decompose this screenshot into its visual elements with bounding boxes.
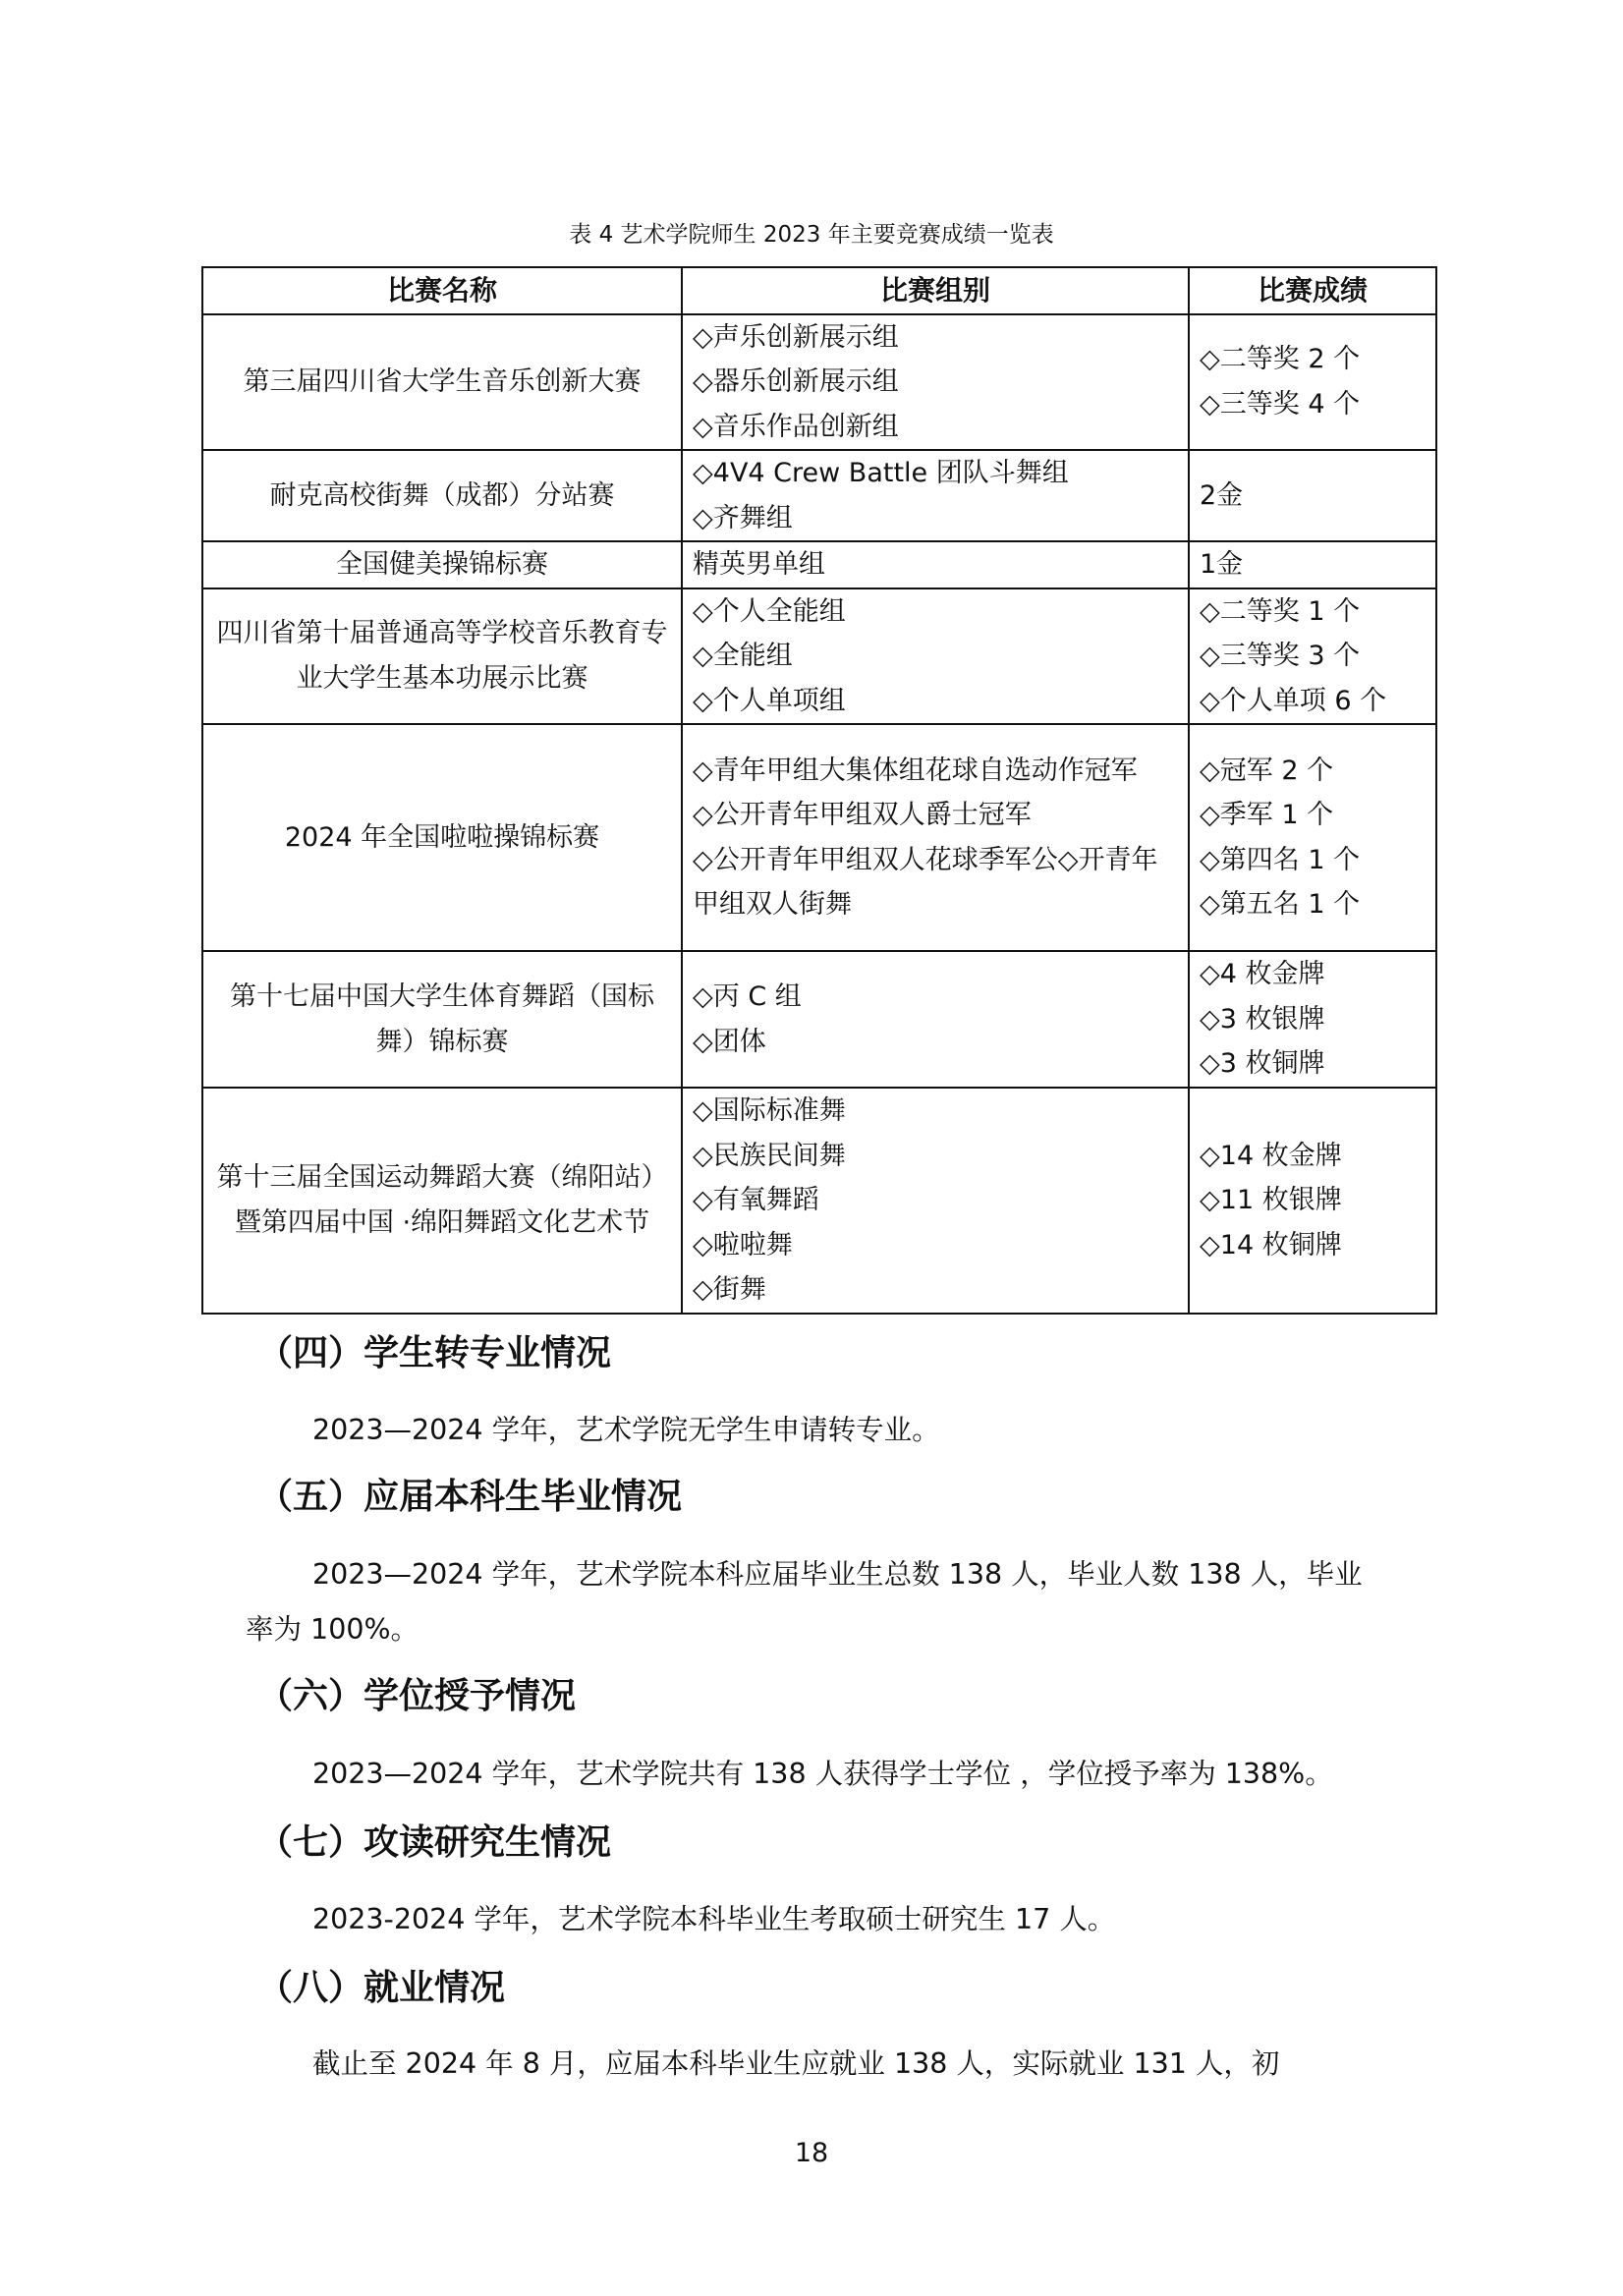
competition-results: 1金 bbox=[1189, 541, 1436, 588]
page-number: 18 bbox=[0, 2138, 1623, 2168]
table-row: 全国健美操锦标赛 精英男单组 1金 bbox=[202, 541, 1436, 588]
table-row: 耐克高校街舞（成都）分站赛 ◇4V4 Crew Battle 团队斗舞组 ◇齐舞… bbox=[202, 450, 1436, 541]
group-item: ◇丙 C 组 bbox=[693, 975, 1178, 1020]
competition-groups: ◇声乐创新展示组 ◇器乐创新展示组 ◇音乐作品创新组 bbox=[682, 314, 1189, 451]
group-item: ◇齐舞组 bbox=[693, 496, 1178, 541]
result-item: ◇三等奖 3 个 bbox=[1200, 634, 1426, 679]
result-item: ◇4 枚金牌 bbox=[1200, 952, 1426, 997]
result-item: ◇3 枚银牌 bbox=[1200, 997, 1426, 1042]
result-item: ◇二等奖 2 个 bbox=[1200, 337, 1426, 382]
group-item: ◇声乐创新展示组 bbox=[693, 315, 1178, 361]
group-item: ◇个人全能组 bbox=[693, 589, 1178, 635]
result-item: 2金 bbox=[1200, 474, 1426, 519]
result-item: ◇个人单项 6 个 bbox=[1200, 679, 1426, 724]
group-item: ◇有氧舞蹈 bbox=[693, 1178, 1178, 1223]
competition-results: 2金 bbox=[1189, 450, 1436, 541]
competition-name: 耐克高校街舞（成都）分站赛 bbox=[202, 450, 682, 541]
group-item: ◇民族民间舞 bbox=[693, 1134, 1178, 1179]
section-text-employment: 截止至 2024 年 8 月，应届本科毕业生应就业 138 人，实际就业 131… bbox=[246, 2037, 1390, 2092]
section-heading-degree: （六）学位授予情况 bbox=[257, 1673, 576, 1720]
table-row: 四川省第十届普通高等学校音乐教育专业大学生基本功展示比赛 ◇个人全能组 ◇全能组… bbox=[202, 588, 1436, 725]
group-item: ◇街舞 bbox=[693, 1267, 1178, 1313]
header-competition-group: 比赛组别 bbox=[682, 267, 1189, 314]
competition-groups: ◇国际标准舞 ◇民族民间舞 ◇有氧舞蹈 ◇啦啦舞 ◇街舞 bbox=[682, 1088, 1189, 1314]
result-item: ◇二等奖 1 个 bbox=[1200, 589, 1426, 635]
section-heading-postgraduate: （七）攻读研究生情况 bbox=[257, 1820, 611, 1867]
competition-groups: ◇个人全能组 ◇全能组 ◇个人单项组 bbox=[682, 588, 1189, 725]
table-row: 第十七届中国大学生体育舞蹈（国标舞）锦标赛 ◇丙 C 组 ◇团体 ◇4 枚金牌 … bbox=[202, 951, 1436, 1088]
group-item: ◇个人单项组 bbox=[693, 679, 1178, 724]
section-text-degree: 2023—2024 学年，艺术学院共有 138 人获得学士学位 ，学位授予率为 … bbox=[246, 1747, 1390, 1802]
section-text-postgraduate: 2023-2024 学年，艺术学院本科毕业生考取硕士研究生 17 人。 bbox=[246, 1892, 1390, 1947]
competition-name: 四川省第十届普通高等学校音乐教育专业大学生基本功展示比赛 bbox=[202, 588, 682, 725]
competition-groups: ◇4V4 Crew Battle 团队斗舞组 ◇齐舞组 bbox=[682, 450, 1189, 541]
group-item: ◇全能组 bbox=[693, 634, 1178, 679]
result-item: ◇冠军 2 个 bbox=[1200, 749, 1426, 794]
group-item: ◇公开青年甲组双人花球季军公◇开青年甲组双人街舞 bbox=[693, 838, 1178, 927]
competition-results-table: 比赛名称 比赛组别 比赛成绩 第三届四川省大学生音乐创新大赛 ◇声乐创新展示组 … bbox=[201, 266, 1437, 1315]
competition-groups: 精英男单组 bbox=[682, 541, 1189, 588]
competition-name: 第十七届中国大学生体育舞蹈（国标舞）锦标赛 bbox=[202, 951, 682, 1088]
competition-results: ◇冠军 2 个 ◇季军 1 个 ◇第四名 1 个 ◇第五名 1 个 bbox=[1189, 724, 1436, 951]
group-item: ◇团体 bbox=[693, 1020, 1178, 1065]
competition-results: ◇4 枚金牌 ◇3 枚银牌 ◇3 枚铜牌 bbox=[1189, 951, 1436, 1088]
result-item: 1金 bbox=[1200, 542, 1426, 588]
competition-name: 全国健美操锦标赛 bbox=[202, 541, 682, 588]
result-item: ◇第五名 1 个 bbox=[1200, 882, 1426, 927]
group-item: ◇器乐创新展示组 bbox=[693, 360, 1178, 405]
table-header-row: 比赛名称 比赛组别 比赛成绩 bbox=[202, 267, 1436, 314]
group-item: ◇啦啦舞 bbox=[693, 1223, 1178, 1268]
header-competition-name: 比赛名称 bbox=[202, 267, 682, 314]
table-row: 第十三届全国运动舞蹈大赛（绵阳站）暨第四届中国 ·绵阳舞蹈文化艺术节 ◇国际标准… bbox=[202, 1088, 1436, 1314]
section-heading-employment: （八）就业情况 bbox=[257, 1965, 505, 2012]
section-heading-graduation: （五）应届本科生毕业情况 bbox=[257, 1474, 682, 1521]
competition-groups: ◇青年甲组大集体组花球自选动作冠军 ◇公开青年甲组双人爵士冠军 ◇公开青年甲组双… bbox=[682, 724, 1189, 951]
group-item: ◇音乐作品创新组 bbox=[693, 405, 1178, 450]
result-item: ◇14 枚金牌 bbox=[1200, 1134, 1426, 1179]
section-text-transfer: 2023—2024 学年，艺术学院无学生申请转专业。 bbox=[246, 1403, 1390, 1458]
competition-results: ◇14 枚金牌 ◇11 枚银牌 ◇14 枚铜牌 bbox=[1189, 1088, 1436, 1314]
competition-results: ◇二等奖 2 个 ◇三等奖 4 个 bbox=[1189, 314, 1436, 451]
result-item: ◇14 枚铜牌 bbox=[1200, 1223, 1426, 1268]
competition-name: 第三届四川省大学生音乐创新大赛 bbox=[202, 314, 682, 451]
result-item: ◇季军 1 个 bbox=[1200, 793, 1426, 838]
competition-groups: ◇丙 C 组 ◇团体 bbox=[682, 951, 1189, 1088]
group-item: ◇青年甲组大集体组花球自选动作冠军 bbox=[693, 749, 1178, 794]
group-item: ◇4V4 Crew Battle 团队斗舞组 bbox=[693, 451, 1178, 496]
table-row: 第三届四川省大学生音乐创新大赛 ◇声乐创新展示组 ◇器乐创新展示组 ◇音乐作品创… bbox=[202, 314, 1436, 451]
result-item: ◇11 枚银牌 bbox=[1200, 1178, 1426, 1223]
competition-results: ◇二等奖 1 个 ◇三等奖 3 个 ◇个人单项 6 个 bbox=[1189, 588, 1436, 725]
header-competition-result: 比赛成绩 bbox=[1189, 267, 1436, 314]
table-row: 2024 年全国啦啦操锦标赛 ◇青年甲组大集体组花球自选动作冠军 ◇公开青年甲组… bbox=[202, 724, 1436, 951]
result-item: ◇3 枚铜牌 bbox=[1200, 1041, 1426, 1087]
competition-name: 2024 年全国啦啦操锦标赛 bbox=[202, 724, 682, 951]
competition-name: 第十三届全国运动舞蹈大赛（绵阳站）暨第四届中国 ·绵阳舞蹈文化艺术节 bbox=[202, 1088, 682, 1314]
group-item: ◇公开青年甲组双人爵士冠军 bbox=[693, 793, 1178, 838]
result-item: ◇第四名 1 个 bbox=[1200, 838, 1426, 883]
section-text-graduation: 2023—2024 学年，艺术学院本科应届毕业生总数 138 人，毕业人数 13… bbox=[246, 1547, 1390, 1657]
section-heading-transfer: （四）学生转专业情况 bbox=[257, 1330, 611, 1377]
group-item: 精英男单组 bbox=[693, 542, 1178, 588]
group-item: ◇国际标准舞 bbox=[693, 1089, 1178, 1134]
result-item: ◇三等奖 4 个 bbox=[1200, 382, 1426, 427]
table-caption: 表 4 艺术学院师生 2023 年主要竞赛成绩一览表 bbox=[0, 216, 1623, 249]
